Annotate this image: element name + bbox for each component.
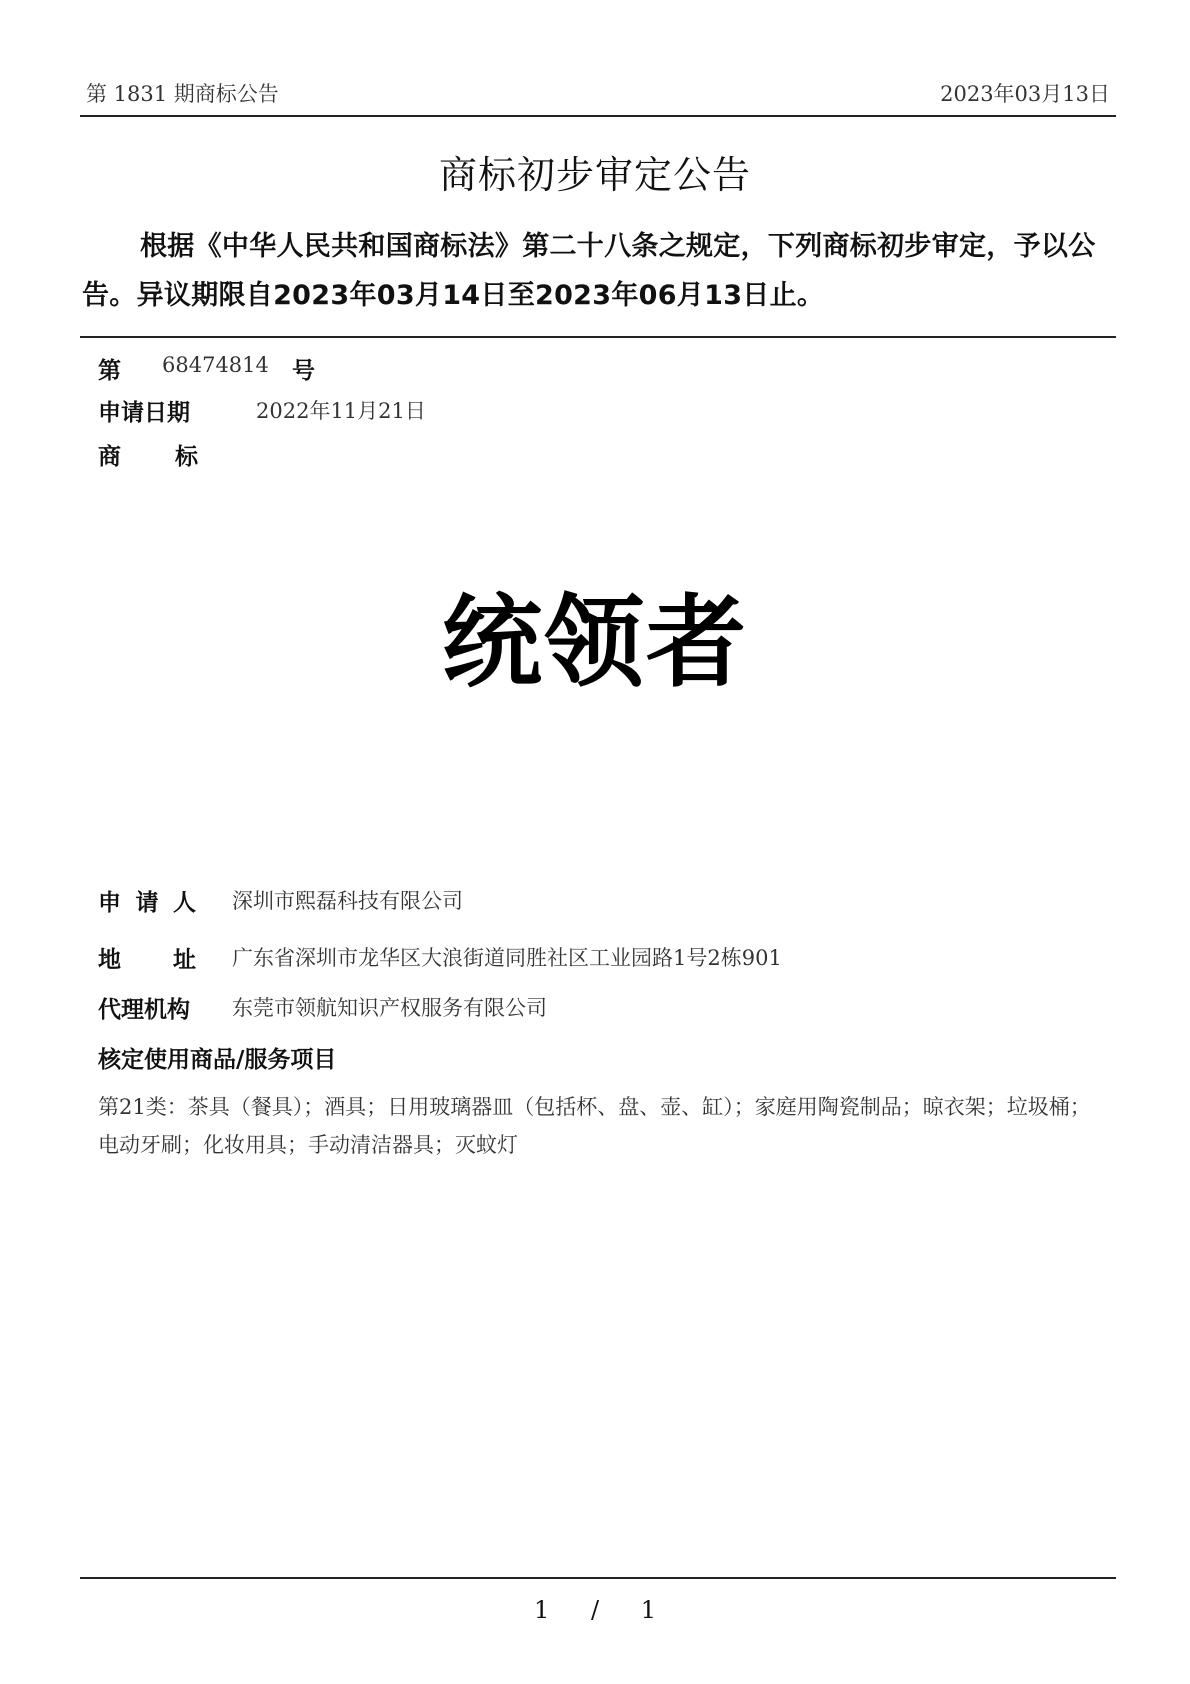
agent-value: 东莞市领航知识产权服务有限公司 bbox=[232, 992, 547, 1022]
trademark-label: 商 标 bbox=[98, 438, 198, 471]
applicant-label-char: 人 bbox=[173, 884, 196, 917]
address-label-char: 地 bbox=[98, 941, 121, 974]
header-divider bbox=[80, 115, 1116, 117]
issue-number: 第 1831 期商标公告 bbox=[86, 78, 279, 108]
page-current: 1 bbox=[534, 1596, 549, 1624]
registration-number: 68474814 bbox=[162, 353, 269, 377]
application-date-label: 申请日期 bbox=[98, 394, 190, 427]
applicant-label-char: 申 bbox=[98, 884, 121, 917]
address-label: 地 址 bbox=[98, 941, 196, 974]
section-divider bbox=[80, 336, 1116, 338]
goods-services-list: 第21类：茶具（餐具）；酒具；日用玻璃器皿（包括杯、盘、壶、缸）；家庭用陶瓷制品… bbox=[98, 1088, 1108, 1164]
announcement-intro: 根据《中华人民共和国商标法》第二十八条之规定，下列商标初步审定，予以公告。异议期… bbox=[82, 222, 1118, 320]
page-title: 商标初步审定公告 bbox=[0, 144, 1190, 199]
applicant-value: 深圳市熙磊科技有限公司 bbox=[232, 885, 463, 915]
applicant-label: 申 请 人 bbox=[98, 884, 196, 917]
trademark-image: 统领者 bbox=[0, 562, 1190, 706]
applicant-label-char: 请 bbox=[136, 884, 159, 917]
issue-date: 2023年03月13日 bbox=[940, 78, 1110, 108]
registration-label-suffix: 号 bbox=[292, 352, 315, 385]
page-separator: / bbox=[591, 1596, 599, 1624]
page-total: 1 bbox=[641, 1596, 656, 1624]
agent-label: 代理机构 bbox=[98, 991, 190, 1024]
application-date-value: 2022年11月21日 bbox=[256, 395, 426, 425]
page-number: 1 / 1 bbox=[0, 1596, 1190, 1624]
footer-divider bbox=[80, 1577, 1116, 1579]
goods-services-label: 核定使用商品/服务项目 bbox=[98, 1041, 336, 1074]
registration-label-prefix: 第 bbox=[98, 352, 121, 385]
address-value: 广东省深圳市龙华区大浪街道同胜社区工业园路1号2栋901 bbox=[232, 942, 782, 972]
address-label-char: 址 bbox=[173, 941, 196, 974]
trademark-label-char: 标 bbox=[175, 438, 198, 471]
trademark-label-char: 商 bbox=[98, 438, 121, 471]
